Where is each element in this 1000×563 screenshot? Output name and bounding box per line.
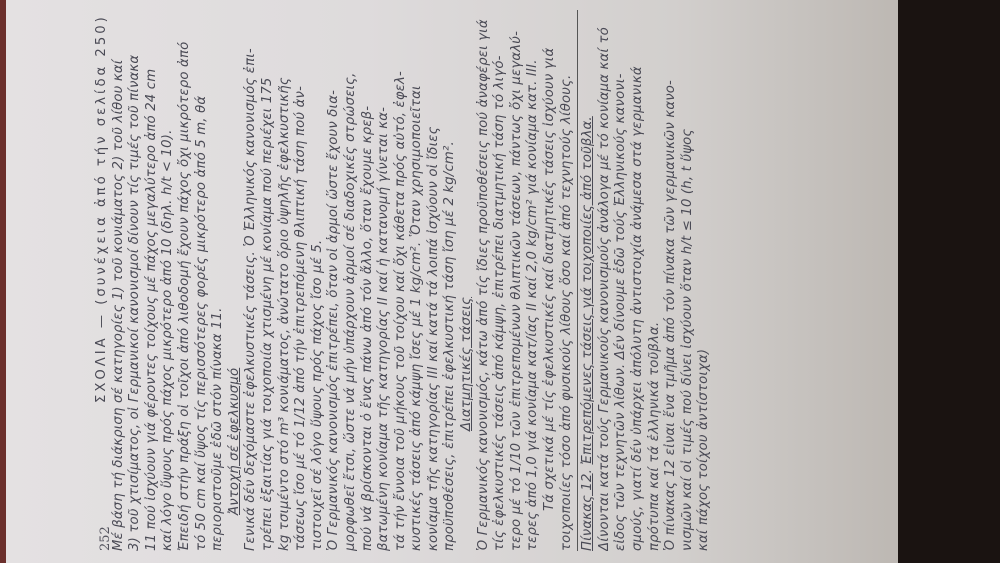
intro-paragraph: Μέ βάση τή διάκριση σέ κατηγορίες 1) τοῦ… xyxy=(111,10,227,551)
text-line: περιοριστοῦμε ἐδῶ στόν πίνακα 11. xyxy=(210,10,227,551)
text-line: Δίνονται κατά τούς Γερμανικούς κανονισμο… xyxy=(597,10,614,551)
text-line: Ὁ Γερμανικός κανονισμός ἐπιτρέπει, ὅταν … xyxy=(326,10,343,551)
text-line: τάσεως ἴσο μέ τό 1/12 ἀπό τήν ἐπιτρεπόμε… xyxy=(293,10,310,551)
section-heading-table12: Πίνακας 12. Ἐπιτρεπόμενες τάσεις γιά τοι… xyxy=(580,10,597,551)
text-line: kg τσιμέντο στό m³ κονιάματος, ἀνώτατο ὅ… xyxy=(277,10,294,551)
section-heading-tension: Ἀντοχή σέ ἐφελκυσμό xyxy=(227,10,244,551)
text-line: Τά σχετικά μέ τίς ἐφελκυστικές καί διατμ… xyxy=(542,10,559,551)
text-line: πρότυπα καί τά ἑλληνικά τοῦβλα. xyxy=(647,10,664,551)
text-line: βατωμένη κονίαμα τῆς κατηγορίας II καί ἡ… xyxy=(376,10,393,551)
text-line: καί πάχος τοίχου ἀντίστοιχα) xyxy=(696,10,713,551)
text-line: σμούς, γιατί δέν ὑπάρχει ἀπόλυτη ἀντιστο… xyxy=(630,10,647,551)
text-line: τό 50 cm καί ὕψος τίς περισσότερες φορές… xyxy=(194,10,211,551)
text-line: προϋποθέσεις, ἐπιτρέπει ἐφελκυστική τάση… xyxy=(442,10,459,551)
section-table12-body: Δίνονται κατά τούς Γερμανικούς κανονισμο… xyxy=(597,10,713,551)
section-tension-body: Γενικά δέν δεχόμαστε ἐφελκυστικές τάσεις… xyxy=(243,10,459,551)
text-line: 3) τοῦ χτισίματος, οἱ Γερμανικοί κανονισ… xyxy=(127,10,144,551)
text-line: πού νά βρίσκονται ὁ ἕνας πάνω ἀπό τόν ἄλ… xyxy=(360,10,377,551)
text-line: Ὁ Γερμανικός κανονισμός, κάτω ἀπό τίς ἴδ… xyxy=(476,10,493,551)
text-line: καί λόγο ὕψους πρός πάχος μικρότερο ἀπό … xyxy=(160,10,177,551)
text-line: τρέπει ἐξαιτίας γιά τοιχοποιία χτισμένη … xyxy=(260,10,277,551)
text-line: τερο μέ τό 1/10 τῶν ἐπιτρεπομένων θλιπτι… xyxy=(509,10,526,551)
text-line: Μέ βάση τή διάκριση σέ κατηγορίες 1) τοῦ… xyxy=(111,10,128,551)
text-line: μορφωθεῖ ἔτσι, ὥστε νά μήν ὑπάρχουν ἁρμο… xyxy=(343,10,360,551)
text-line: τερες ἀπό 1,0 γιά κονίαμα κατ/ίας II καί… xyxy=(525,10,542,551)
text-line: τίς ἐφελκυστικές τάσεις ἀπό κάμψη, ἐπιτρ… xyxy=(492,10,509,551)
text-line: εἶδος τῶν τεχνητῶν λίθων. Δέν δίνουμε ἐδ… xyxy=(613,10,630,551)
section-divider xyxy=(577,10,578,551)
text-line: Γενικά δέν δεχόμαστε ἐφελκυστικές τάσεις… xyxy=(243,10,260,551)
page-content: ΣΧΟΛΙΑ — (συνέχεια ἀπό τήν σελίδα 250) Μ… xyxy=(6,0,898,563)
text-line: τοιχοποιίες τόσο ἀπό φυσικούς λίθους ὅσο… xyxy=(559,10,576,551)
text-line: 11 πού ἰσχύουν γιά φέροντες τοίχους μέ π… xyxy=(144,10,161,551)
table-heading: Ἐπιτρεπόμενες τάσεις γιά τοιχοποιίες ἀπό… xyxy=(580,116,595,464)
text-line: Ἐπειδή στήν πράξη οἱ τοῖχοι ἀπό λιθοδομή… xyxy=(177,10,194,551)
text-line: τά τήν ἔννοια τοῦ μήκους τοῦ τοίχου καί … xyxy=(393,10,410,551)
text-line: νισμῶν καί οἱ τιμές πού δίνει ἰσχύουν ὅτ… xyxy=(680,10,697,551)
text-line: τιστοιχεῖ σέ λόγο ὕψους πρός πάχος ἴσο μ… xyxy=(310,10,327,551)
table-label: Πίνακας 12 xyxy=(580,473,595,551)
text-line: κυστικές τάσεις ἀπό κάμψη ἴσες μέ 1 kg/c… xyxy=(409,10,426,551)
text-line: κονίαμα τῆς κατηγορίας III καί κατά τά λ… xyxy=(426,10,443,551)
rotated-page: 252 ΣΧΟΛΙΑ — (συνέχεια ἀπό τήν σελίδα 25… xyxy=(6,0,898,563)
section-shear-body: Ὁ Γερμανικός κανονισμός, κάτω ἀπό τίς ἴδ… xyxy=(476,10,576,551)
background-dark-surface xyxy=(898,0,1000,563)
text-line: Ὁ πίνακας 12 εἶναι ἕνα τμῆμα ἀπό τόν πίν… xyxy=(663,10,680,551)
section-heading-shear: Διατμητικές τάσεις xyxy=(459,10,476,551)
page-title: ΣΧΟΛΙΑ — (συνέχεια ἀπό τήν σελίδα 250) xyxy=(94,10,111,551)
